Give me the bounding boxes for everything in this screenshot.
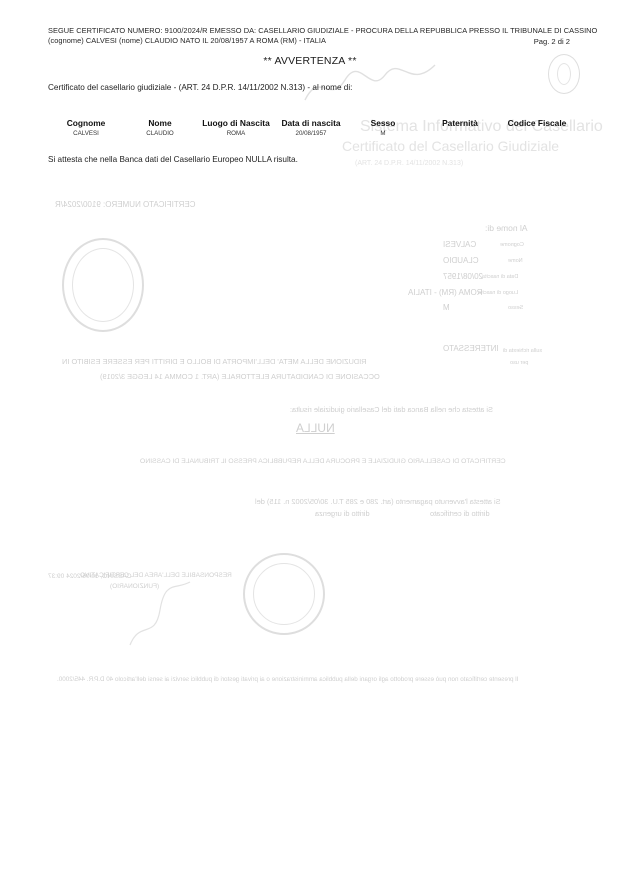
column-nome: Nome CLAUDIO <box>138 118 182 137</box>
column-data-nascita: Data di nascita 20/08/1957 <box>280 118 342 137</box>
column-value: CALVESI <box>58 130 114 137</box>
column-cognome: Cognome CALVESI <box>58 118 114 137</box>
ghost-field-label-3: Luogo di nascita <box>478 290 518 296</box>
ghost-use-label: per uso <box>510 360 528 366</box>
ghost-requester: INTERESSATO <box>443 344 499 353</box>
header-line-2: (cognome) CALVESI (nome) CLAUDIO NATO IL… <box>48 36 326 45</box>
ghost-field-label-0: Cognome <box>500 242 524 248</box>
ghost-si-attesta: Si attesta che nella Banca dati del Case… <box>290 405 493 414</box>
ghost-footer: Il presente certificato non può essere p… <box>57 676 518 683</box>
ghost-payment-line: Si attesta l'avvenuto pagamento (art. 28… <box>255 497 501 506</box>
column-paternita: Paternità <box>435 118 485 130</box>
column-header: Luogo di Nascita <box>198 118 274 128</box>
column-codice-fiscale: Codice Fiscale <box>506 118 568 130</box>
ghost-use-line-1: RIDUZIONE DELLA META' DELL'IMPORTA DI BO… <box>62 357 367 366</box>
ghost-field-value-2: 20/08/1957 <box>443 272 483 281</box>
ghost-field-label-1: Nome <box>508 258 523 264</box>
ghost-payment-opt1: diritto di certificato <box>430 509 490 518</box>
ghost-field-label-4: Sesso <box>508 305 523 311</box>
ghost-cert-number: CERTIFICATO NUMERO: 9100/2024/R <box>55 200 196 209</box>
ghost-field-value-3: ROMA (RM) - ITALIA <box>408 288 483 297</box>
notice-title: ** AVVERTENZA ** <box>0 55 620 67</box>
certificate-page: Sistema Informativo del Casellario Certi… <box>0 0 620 877</box>
ghost-responsible: RESPONSABILE DELL'AREA DEL CERTIFICATIVO <box>80 572 232 579</box>
ghost-issued: CERTIFICATO DI CASELLARIO GIUDIZIALE E P… <box>140 458 506 465</box>
column-luogo-nascita: Luogo di Nascita ROMA <box>198 118 274 137</box>
column-value: M <box>365 130 401 137</box>
column-header: Data di nascita <box>280 118 342 128</box>
ghost-name-label: Al nome di: <box>485 223 528 233</box>
header-line-1: SEGUE CERTIFICATO NUMERO: 9100/2024/R EM… <box>48 26 597 35</box>
ghost-title-2: Certificato del Casellario Giudiziale <box>342 138 559 154</box>
ghost-requester-label: sulla richiesta di <box>503 348 542 354</box>
ghost-seal-center <box>243 553 325 635</box>
column-header: Cognome <box>58 118 114 128</box>
ghost-signature-bottom <box>120 580 200 650</box>
ghost-nulla: NULLA <box>296 421 335 435</box>
ghost-field-value-1: CLAUDIO <box>443 256 479 265</box>
ghost-payment-opt2: diritto di urgenza <box>315 509 370 518</box>
ghost-field-value-4: M <box>443 303 450 312</box>
column-header: Paternità <box>435 118 485 128</box>
attestation-text: Si attesta che nella Banca dati del Case… <box>48 155 298 164</box>
certificate-intro: Certificato del casellario giudiziale - … <box>48 83 352 92</box>
column-value: 20/08/1957 <box>280 130 342 137</box>
ghost-title-3: (ART. 24 D.P.R. 14/11/2002 N.313) <box>355 160 463 167</box>
page-number: Pag. 2 di 2 <box>534 37 570 46</box>
ghost-field-value-0: CALVESI <box>443 240 476 249</box>
ghost-field-label-2: Data di nascita <box>482 274 518 280</box>
ghost-seal-left <box>62 238 144 332</box>
ghost-use-line-2: OCCASIONE DI CANDIDATURA ELETTORALE (ART… <box>100 372 380 381</box>
column-value: CLAUDIO <box>138 130 182 137</box>
ghost-responsible-name: (FUNZIONARIO) <box>110 583 159 590</box>
ghost-place-date: CASSINO, 10/06/2024 09:37 <box>48 573 131 580</box>
column-header: Nome <box>138 118 182 128</box>
column-header: Codice Fiscale <box>506 118 568 128</box>
column-header: Sesso <box>365 118 401 128</box>
column-sesso: Sesso M <box>365 118 401 137</box>
column-value: ROMA <box>198 130 274 137</box>
